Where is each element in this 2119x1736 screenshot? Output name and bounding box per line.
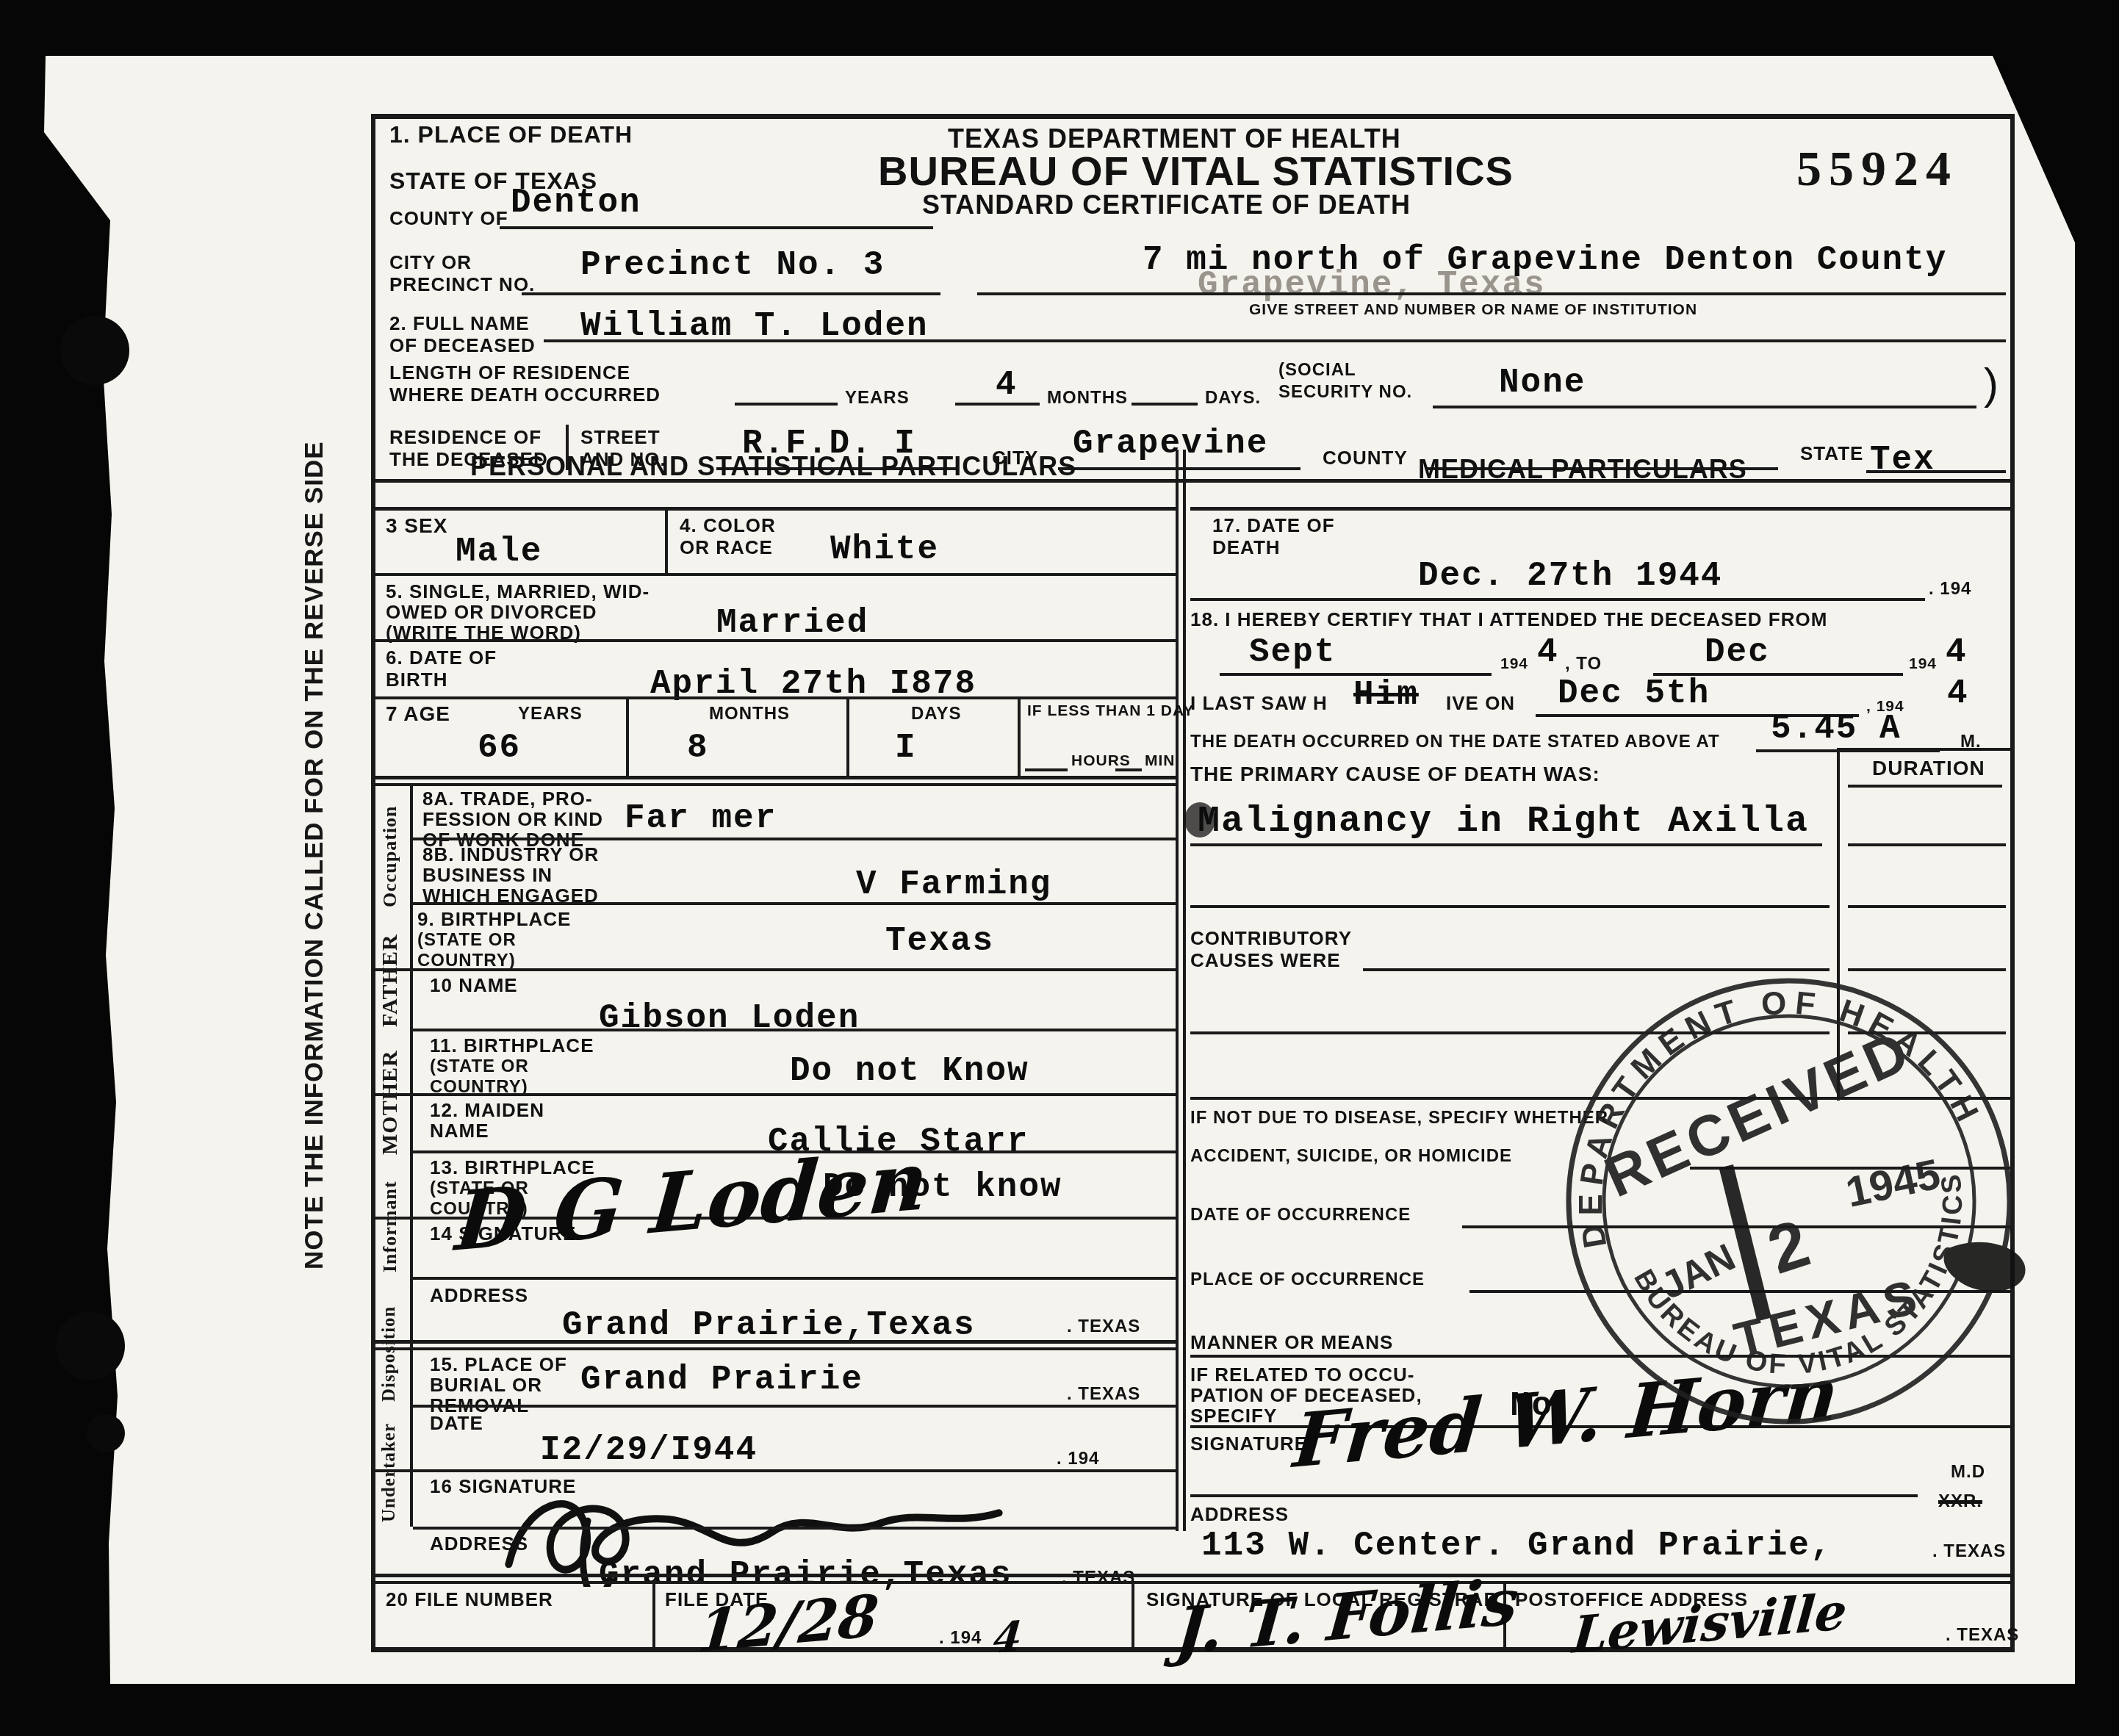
years-label: YEARS — [845, 388, 910, 408]
sex-value: Male — [456, 533, 542, 571]
father-bp-label-1: 11. BIRTHPLACE — [430, 1034, 594, 1057]
divider-line — [371, 783, 1176, 786]
blank-line — [1190, 598, 1925, 601]
divider-line — [413, 902, 1176, 905]
attended-label: 18. I HEREBY CERTIFY THAT I ATTENDED THE… — [1190, 608, 1827, 631]
violence-label-1: IF NOT DUE TO DISEASE, SPECIFY WHETHER — [1190, 1108, 1608, 1128]
birth-date-label-2: BIRTH — [386, 669, 447, 691]
birth-date-label-1: 6. DATE OF — [386, 647, 497, 669]
blank-line — [955, 403, 1040, 406]
marital-label-1: 5. SINGLE, MARRIED, WID- — [386, 580, 650, 603]
side-label-disposition: Disposition — [379, 1306, 400, 1402]
age-label: 7 AGE — [386, 702, 450, 726]
divider-line — [371, 1574, 2013, 1577]
age-min-label: MIN — [1145, 752, 1176, 770]
attended-from-value: Sept — [1249, 633, 1336, 671]
divider-line — [413, 1029, 1176, 1031]
divider-line — [1837, 748, 2011, 751]
age-months-value: 8 — [687, 729, 709, 767]
stamp-month: JAN — [1655, 1236, 1742, 1308]
divider-line — [371, 1340, 1176, 1344]
months-label: MONTHS — [1047, 388, 1128, 408]
father-bp-value: Do not Know — [790, 1052, 1029, 1090]
last-saw-him: Him — [1353, 676, 1419, 714]
year-printed: 194 — [1500, 655, 1528, 673]
divider-line — [410, 783, 413, 1527]
burial-place-value: Grand Prairie — [580, 1361, 863, 1399]
last-saw-date: Dec 5th — [1558, 674, 1710, 713]
divider-line — [413, 1405, 1176, 1408]
bureau-title: BUREAU OF VITAL STATISTICS — [878, 147, 1514, 195]
occupation-value: Far mer — [625, 799, 777, 838]
color-label-1: 4. COLOR — [680, 514, 776, 537]
full-name-label-2: OF DECEASED — [389, 334, 536, 357]
occu-label-1: IF RELATED TO OCCU- — [1190, 1364, 1414, 1386]
divider-line — [371, 968, 1176, 971]
blank-line — [1025, 768, 1068, 771]
social-paren: ) — [1984, 359, 1999, 409]
industry-label-2: BUSINESS IN — [422, 864, 553, 887]
res-state-value: Tex — [1870, 441, 1935, 479]
color-label-2: OR RACE — [680, 536, 773, 559]
blank-line — [544, 339, 2006, 342]
blank-line — [1848, 905, 2006, 908]
social-label-1: (SOCIAL — [1278, 360, 1356, 381]
divider-line — [371, 1347, 1176, 1350]
precinct-value: Precinct No. 3 — [580, 246, 885, 284]
form-border-left — [371, 114, 375, 1652]
physician-state-suffix: . TEXAS — [1932, 1541, 2006, 1562]
mother-name-label-2: NAME — [430, 1120, 489, 1142]
burial-label-2: BURIAL OR — [430, 1374, 542, 1397]
birthplace-label-1: 9. BIRTHPLACE — [417, 908, 571, 931]
father-name-value: Gibson Loden — [599, 999, 860, 1037]
divider-line — [626, 696, 629, 776]
street-note: GIVE STREET AND NUMBER OR NAME OF INSTIT… — [1249, 301, 1697, 319]
city-label-2: PRECINCT NO. — [389, 273, 535, 296]
age-months-label: MONTHS — [709, 704, 790, 724]
age-less-label: IF LESS THAN 1 DAY — [1027, 702, 1194, 720]
medical-section-header: MEDICAL PARTICULARS — [1418, 454, 1747, 485]
ink-spot — [87, 1414, 125, 1452]
death-date-value: Dec. 27th 1944 — [1418, 557, 1722, 595]
informant-address-value: Grand Prairie,Texas — [562, 1306, 976, 1344]
informant-state-suffix: . TEXAS — [1067, 1317, 1140, 1337]
industry-value: V Farming — [856, 865, 1051, 904]
occurrence-date-label: DATE OF OCCURRENCE — [1190, 1205, 1411, 1225]
blank-line — [1190, 905, 1830, 908]
duration-label: DURATION — [1872, 757, 1985, 780]
residence-length-label-1: LENGTH OF RESIDENCE — [389, 361, 630, 384]
residence-length-label-2: WHERE DEATH OCCURRED — [389, 383, 661, 406]
occupation-label-2: FESSION OR KIND — [422, 808, 603, 831]
side-label-informant: Informant — [379, 1181, 401, 1272]
personal-section-header: PERSONAL AND STATISTICAL PARTICULARS — [470, 451, 1076, 482]
burial-date-label: DATE — [430, 1412, 483, 1435]
divider-line — [652, 1581, 655, 1651]
divider-line — [1848, 785, 2002, 788]
full-name-label-1: 2. FULL NAME — [389, 312, 530, 335]
contributory-label-1: CONTRIBUTORY — [1190, 927, 1352, 950]
attended-to-value: Dec — [1705, 633, 1770, 671]
county-value: Denton — [511, 184, 641, 222]
res-city-value: Grapevine — [1073, 425, 1268, 463]
md-label: M.D — [1951, 1462, 1985, 1483]
divider-line — [371, 696, 1176, 699]
occurrence-place-label: PLACE OF OCCURRENCE — [1190, 1269, 1425, 1290]
stamp-day: 2 — [1759, 1206, 1818, 1289]
blank-line — [1058, 467, 1300, 470]
blank-line — [1115, 768, 1142, 771]
divider-line — [1132, 1581, 1134, 1651]
year-printed: 194 — [1909, 655, 1937, 673]
attended-from-year: 4 — [1537, 633, 1559, 671]
divider-line — [371, 507, 1176, 511]
received-stamp: DEPARTMENT OF HEALTH BUREAU OF VITAL STA… — [1547, 959, 2032, 1444]
street-label-1: STREET — [580, 426, 661, 449]
side-label-occupation: Occupation — [379, 805, 401, 907]
birthplace-label-2: (STATE OR — [417, 930, 517, 951]
stamp-ink-streak — [1719, 1164, 1771, 1321]
res-county-label: COUNTY — [1323, 447, 1408, 469]
mother-name-label-1: 12. MAIDEN — [430, 1099, 544, 1122]
res-state-label: STATE — [1800, 442, 1863, 465]
divider-line — [371, 573, 1176, 576]
physician-address-value: 113 W. Center. Grand Prairie, — [1201, 1527, 1832, 1565]
blank-line — [1190, 843, 1822, 846]
blank-line — [1848, 843, 2006, 846]
physician-address-label: ADDRESS — [1190, 1503, 1289, 1526]
place-of-death-label: 1. PLACE OF DEATH — [389, 121, 633, 148]
residence-months-value: 4 — [996, 366, 1018, 404]
margin-note: NOTE THE INFORMATION CALLED FOR ON THE R… — [300, 441, 329, 1269]
occurred-label: THE DEATH OCCURRED ON THE DATE STATED AB… — [1190, 732, 1720, 752]
column-divider — [1176, 450, 1179, 1531]
divider-line — [371, 1581, 2013, 1584]
blank-line — [1433, 406, 1976, 408]
file-number-label: 20 FILE NUMBER — [386, 1588, 553, 1611]
divider-line — [846, 696, 849, 776]
alive-on-label: IVE ON — [1446, 692, 1515, 715]
burial-state-suffix: . TEXAS — [1067, 1384, 1140, 1405]
age-days-label: DAYS — [911, 704, 961, 724]
file-year-value: 4 — [991, 1612, 1024, 1663]
last-saw-year: 4 — [1947, 674, 1969, 713]
manner-means-label: MANNER OR MEANS — [1190, 1331, 1393, 1354]
contributory-label-2: CAUSES WERE — [1190, 949, 1341, 972]
side-label-mother: MOTHER — [378, 1050, 403, 1155]
scanned-death-certificate: NOTE THE INFORMATION CALLED FOR ON THE R… — [0, 0, 2119, 1736]
age-years-value: 66 — [478, 729, 521, 767]
death-date-label-2: DEATH — [1212, 536, 1281, 559]
divider-line — [371, 639, 1176, 642]
punch-hole — [56, 1311, 125, 1380]
punch-hole — [60, 316, 129, 385]
column-divider — [1183, 450, 1186, 1531]
attended-to-year: 4 — [1946, 633, 1968, 671]
certificate-number: 55924 — [1796, 140, 1958, 198]
father-bp-label-2: (STATE OR — [430, 1056, 529, 1077]
cause-of-death-value: Malignancy in Right Axilla — [1198, 801, 1809, 843]
city-label-1: CITY OR — [389, 251, 472, 274]
footer-state-suffix: . TEXAS — [1946, 1625, 2019, 1646]
blank-line — [1190, 1494, 1918, 1497]
residence-label-1: RESIDENCE OF — [389, 426, 542, 449]
blank-line — [1132, 403, 1198, 406]
blank-line — [522, 292, 940, 295]
divider-line — [1018, 696, 1021, 776]
age-hours-label: HOURS — [1071, 752, 1131, 770]
death-time-value: 5.45 A — [1771, 710, 1902, 748]
industry-label-1: 8B. INDUSTRY OR — [422, 843, 599, 866]
sex-label: 3 SEX — [386, 514, 447, 538]
days-label: DAYS. — [1205, 388, 1261, 408]
form-border-top — [371, 114, 2013, 119]
to-label: , TO — [1565, 654, 1602, 674]
side-label-father: FATHER — [378, 934, 403, 1027]
violence-label-2: ACCIDENT, SUICIDE, OR HOMICIDE — [1190, 1146, 1512, 1167]
divider-line — [413, 1527, 1176, 1530]
divider-line — [665, 511, 668, 573]
file-year-printed: . 194 — [939, 1628, 982, 1649]
social-value: None — [1499, 364, 1586, 402]
divider-line — [371, 776, 1176, 779]
age-years-label: YEARS — [518, 704, 583, 724]
blank-line — [500, 226, 933, 229]
blank-line — [735, 403, 838, 406]
side-label-undertaker: Undertaker — [379, 1423, 400, 1522]
age-days-value: I — [895, 729, 917, 767]
social-label-2: SECURITY NO. — [1278, 382, 1412, 403]
last-saw-label: I LAST SAW H — [1190, 692, 1328, 715]
informant-address-label: ADDRESS — [430, 1284, 528, 1307]
divider-line — [1190, 507, 2013, 511]
county-label: COUNTY OF — [389, 207, 508, 230]
death-year-suffix: . 194 — [1929, 579, 1971, 599]
burial-label-1: 15. PLACE OF — [430, 1353, 567, 1376]
primary-cause-label: THE PRIMARY CAUSE OF DEATH WAS: — [1190, 763, 1600, 786]
blank-line — [977, 292, 2006, 295]
birthplace-value: Texas — [885, 922, 994, 960]
certificate-title: STANDARD CERTIFICATE OF DEATH — [922, 190, 1411, 220]
divider-line — [413, 1277, 1176, 1280]
occupation-label-1: 8A. TRADE, PRO- — [422, 788, 593, 810]
marital-label-2: OWED OR DIVORCED — [386, 601, 597, 624]
physician-sig-label: SIGNATURE — [1190, 1433, 1308, 1455]
father-name-label: 10 NAME — [430, 974, 518, 997]
undertaker-state-suffix: . TEXAS — [1062, 1568, 1135, 1588]
color-value: White — [830, 530, 939, 569]
divider-line — [413, 838, 1176, 840]
location-value: 7 mi north of Grapevine Denton County — [1143, 241, 1947, 279]
stamp-year: 1945 — [1842, 1150, 1945, 1217]
marital-value: Married — [716, 604, 868, 642]
death-date-label-1: 17. DATE OF — [1212, 514, 1335, 537]
occu-label-3: SPECIFY — [1190, 1405, 1277, 1427]
struck-credential: XXR. — [1938, 1491, 1982, 1512]
blank-line — [1866, 470, 2006, 473]
undertaker-address-label: ADDRESS — [430, 1532, 528, 1555]
divider-line — [371, 1093, 1176, 1096]
